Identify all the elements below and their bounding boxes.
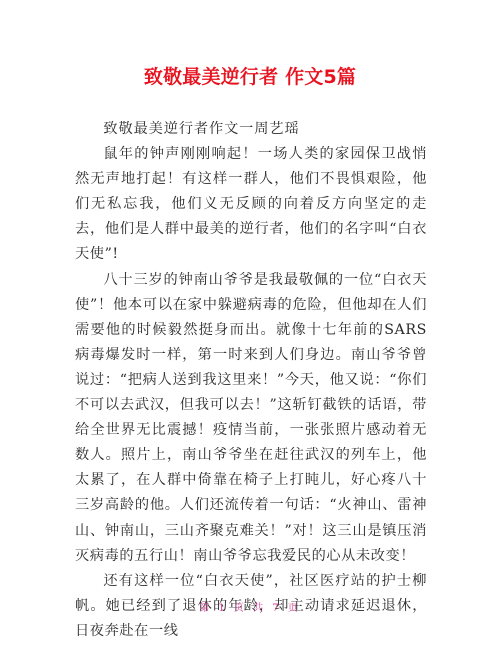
document-body: 致敬最美逆行者作文一周艺瑶 鼠年的钟声刚刚响起！一场人类的家园保卫战悄然无声地打… xyxy=(75,117,427,644)
page-indicator: 第 1 页 共 7 页 xyxy=(0,599,500,614)
document-title: 致敬最美逆行者 作文5篇 xyxy=(0,62,500,89)
document-page: 致敬最美逆行者 作文5篇 致敬最美逆行者作文一周艺瑶 鼠年的钟声刚刚响起！一场人… xyxy=(0,0,500,647)
paragraph-2: 八十三岁的钟南山爷爷是我最敬佩的一位“白衣天使”！他本可以在家中躲避病毒的危险，… xyxy=(75,268,427,569)
paragraph-1: 鼠年的钟声刚刚响起！一场人类的家园保卫战悄然无声地打起！有这样一群人，他们不畏惧… xyxy=(75,142,427,267)
essay-subtitle: 致敬最美逆行者作文一周艺瑶 xyxy=(75,117,427,142)
